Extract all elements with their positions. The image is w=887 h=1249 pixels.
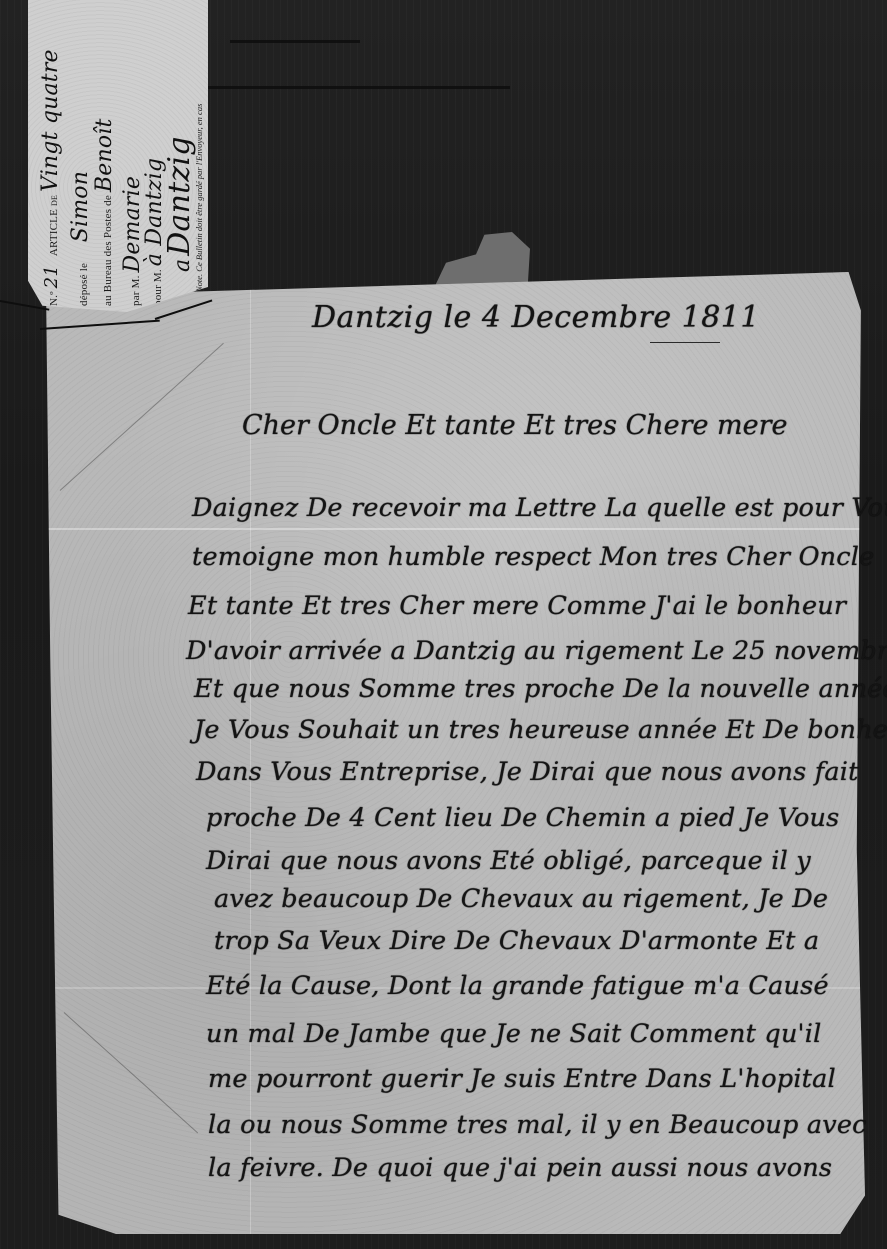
- letter-line: proche De 4 Cent lieu De Chemin a pied J…: [206, 803, 839, 833]
- letter-line: Et que nous Somme tres proche De la nouv…: [194, 674, 887, 704]
- label-bureau-handwritten: Benoît: [92, 118, 117, 192]
- label-depose: déposé le Simon: [68, 171, 93, 306]
- letter-line: me pourront guerir Je suis Entre Dans L'…: [208, 1064, 836, 1094]
- postal-receipt-label: N.º 21 ARTICLE de Vingt quatre déposé le…: [28, 0, 208, 312]
- backing-crease: [230, 40, 360, 43]
- label-bureau: au Bureau des Postes de Benoît: [92, 118, 117, 306]
- letter-line: Daignez De recevoir ma Lettre La quelle …: [192, 493, 887, 523]
- label-depose-text: déposé le: [78, 263, 90, 306]
- label-a-handwritten: Dantzig: [162, 136, 197, 255]
- letter-line: D'avoir arrivée a Dantzig au rigement Le…: [186, 636, 887, 666]
- label-article: ARTICLE de: [48, 195, 60, 256]
- letter-line: Dirai que nous avons Eté obligé, parcequ…: [206, 846, 811, 876]
- label-number-value: 21: [41, 265, 62, 288]
- label-pour-text: pour M.: [152, 269, 164, 306]
- fold-crease: [60, 343, 224, 491]
- label-a-text: a: [170, 259, 195, 272]
- letter-line: trop Sa Veux Dire De Chevaux D'armonte E…: [214, 926, 819, 956]
- label-article-handwritten: Vingt quatre: [38, 49, 63, 192]
- label-bureau-text: au Bureau des Postes de: [102, 195, 114, 306]
- letter-line: la feivre. De quoi que j'ai pein aussi n…: [208, 1153, 832, 1183]
- letter-line: Eté la Cause, Dont la grande fatigue m'a…: [206, 971, 829, 1001]
- letter-line: Dans Vous Entreprise, Je Dirai que nous …: [196, 757, 859, 787]
- letter-line: un mal De Jambe que Je ne Sait Comment q…: [206, 1019, 821, 1049]
- letter-line: Je Vous Souhait un tres heureuse année E…: [194, 715, 887, 745]
- label-a: a Dantzig: [162, 136, 197, 272]
- label-note: Note. Ce Bulletin doit être gardé par l'…: [194, 104, 204, 292]
- letter-line: la ou nous Somme tres mal, il y en Beauc…: [208, 1110, 867, 1140]
- letter-line: temoigne mon humble respect Mon tres Che…: [192, 542, 874, 572]
- fold-line: [42, 528, 865, 530]
- label-number-prefix: N.º: [48, 291, 60, 306]
- letter-dateline: Dantzig le 4 Decembre 1811: [312, 300, 760, 335]
- dateline-underline: [650, 342, 720, 343]
- postal-label-content: N.º 21 ARTICLE de Vingt quatre déposé le…: [28, 0, 208, 312]
- label-number: N.º 21 ARTICLE de Vingt quatre: [38, 49, 63, 306]
- label-depose-handwritten: Simon: [68, 171, 93, 242]
- backing-crease: [200, 86, 510, 89]
- letter-line: Et tante Et tres Cher mere Comme J'ai le…: [188, 591, 846, 621]
- letter-salutation: Cher Oncle Et tante Et tres Chere mere: [242, 410, 788, 441]
- label-par-text: par M.: [130, 275, 142, 306]
- fold-crease: [64, 1012, 198, 1133]
- letter-line: avez beaucoup De Chevaux au rigement, Je…: [214, 884, 828, 914]
